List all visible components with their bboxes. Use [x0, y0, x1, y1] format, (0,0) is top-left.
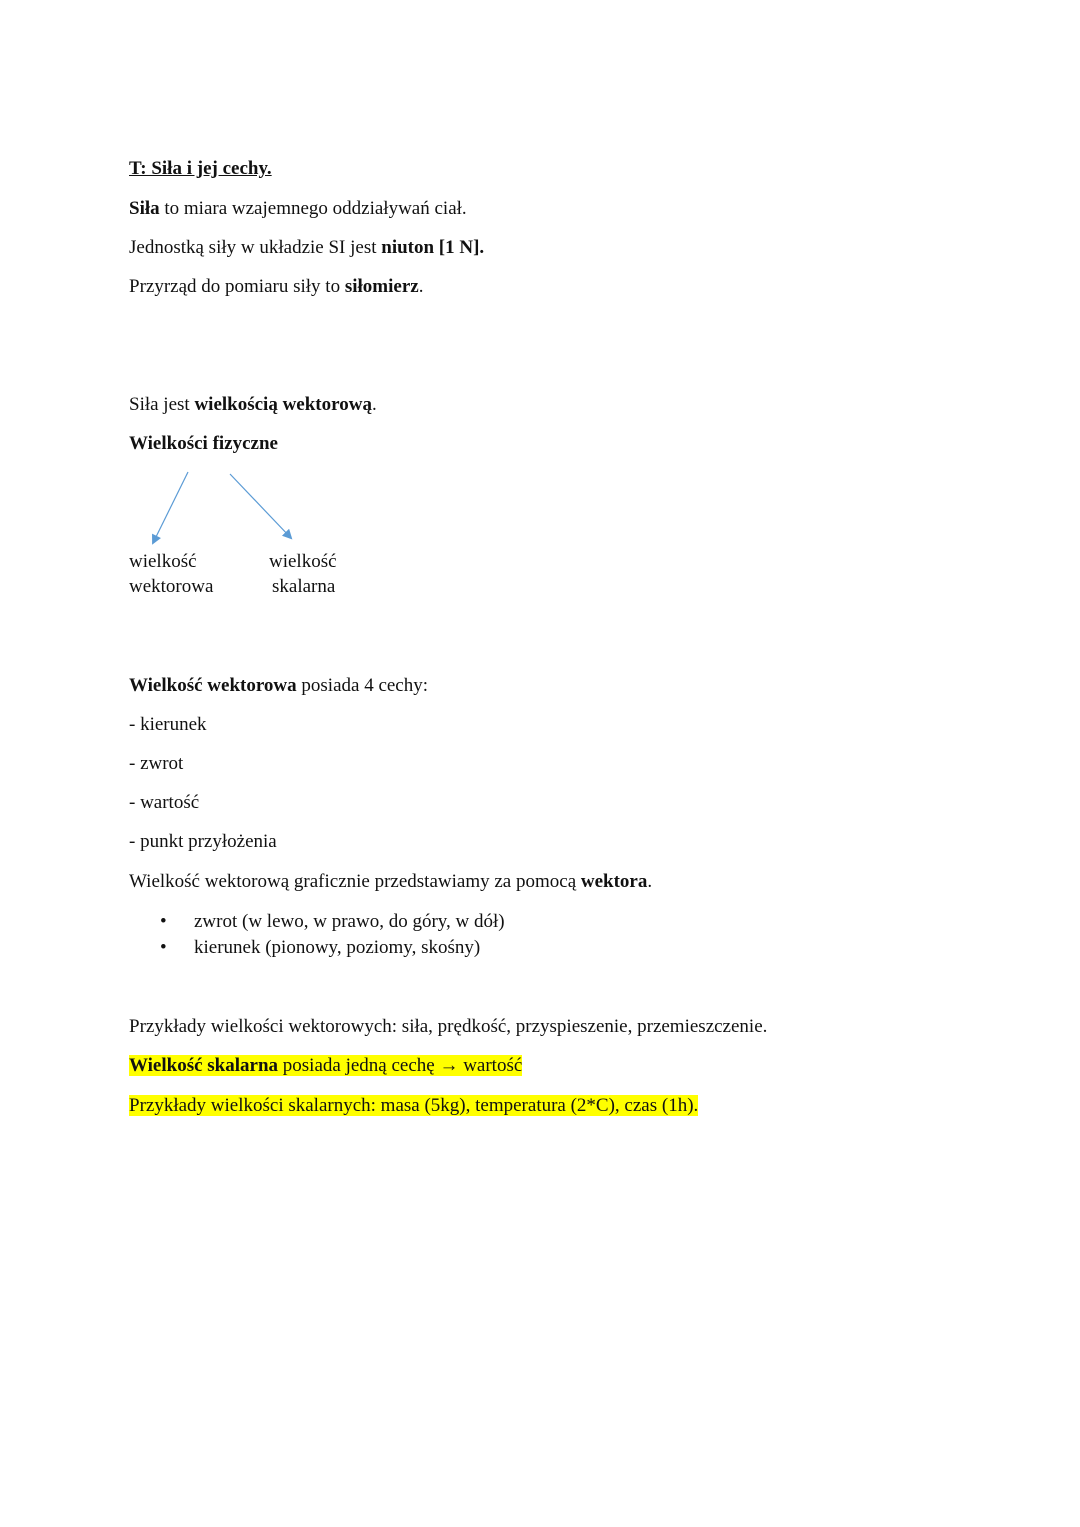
vector-intro: Wielkość wektorowa posiada 4 cechy:	[129, 675, 428, 697]
feature-item: - wartość	[129, 792, 199, 814]
vector-examples: Przykłady wielkości wektorowych: siła, p…	[129, 1016, 767, 1038]
feature-item: - kierunek	[129, 714, 207, 736]
scalar-definition: Wielkość skalarna posiada jedną cechę → …	[129, 1055, 522, 1077]
diagram-right-label: wielkość skalarna	[269, 549, 337, 599]
diagram-arrows	[0, 0, 1080, 620]
vector-graphic-line: Wielkość wektorową graficznie przedstawi…	[129, 871, 652, 893]
arrow-right-icon	[230, 474, 291, 538]
diagram-left-label: wielkość wektorowa	[129, 549, 213, 599]
bullet-item: kierunek (pionowy, poziomy, skośny)	[160, 935, 505, 961]
feature-item: - zwrot	[129, 753, 183, 775]
feature-item: - punkt przyłożenia	[129, 831, 277, 853]
bullet-item: zwrot (w lewo, w prawo, do góry, w dół)	[160, 909, 505, 935]
arrow-left-icon	[153, 472, 188, 543]
vector-bullet-list: zwrot (w lewo, w prawo, do góry, w dół) …	[160, 909, 505, 961]
scalar-examples: Przykłady wielkości skalarnych: masa (5k…	[129, 1095, 698, 1117]
